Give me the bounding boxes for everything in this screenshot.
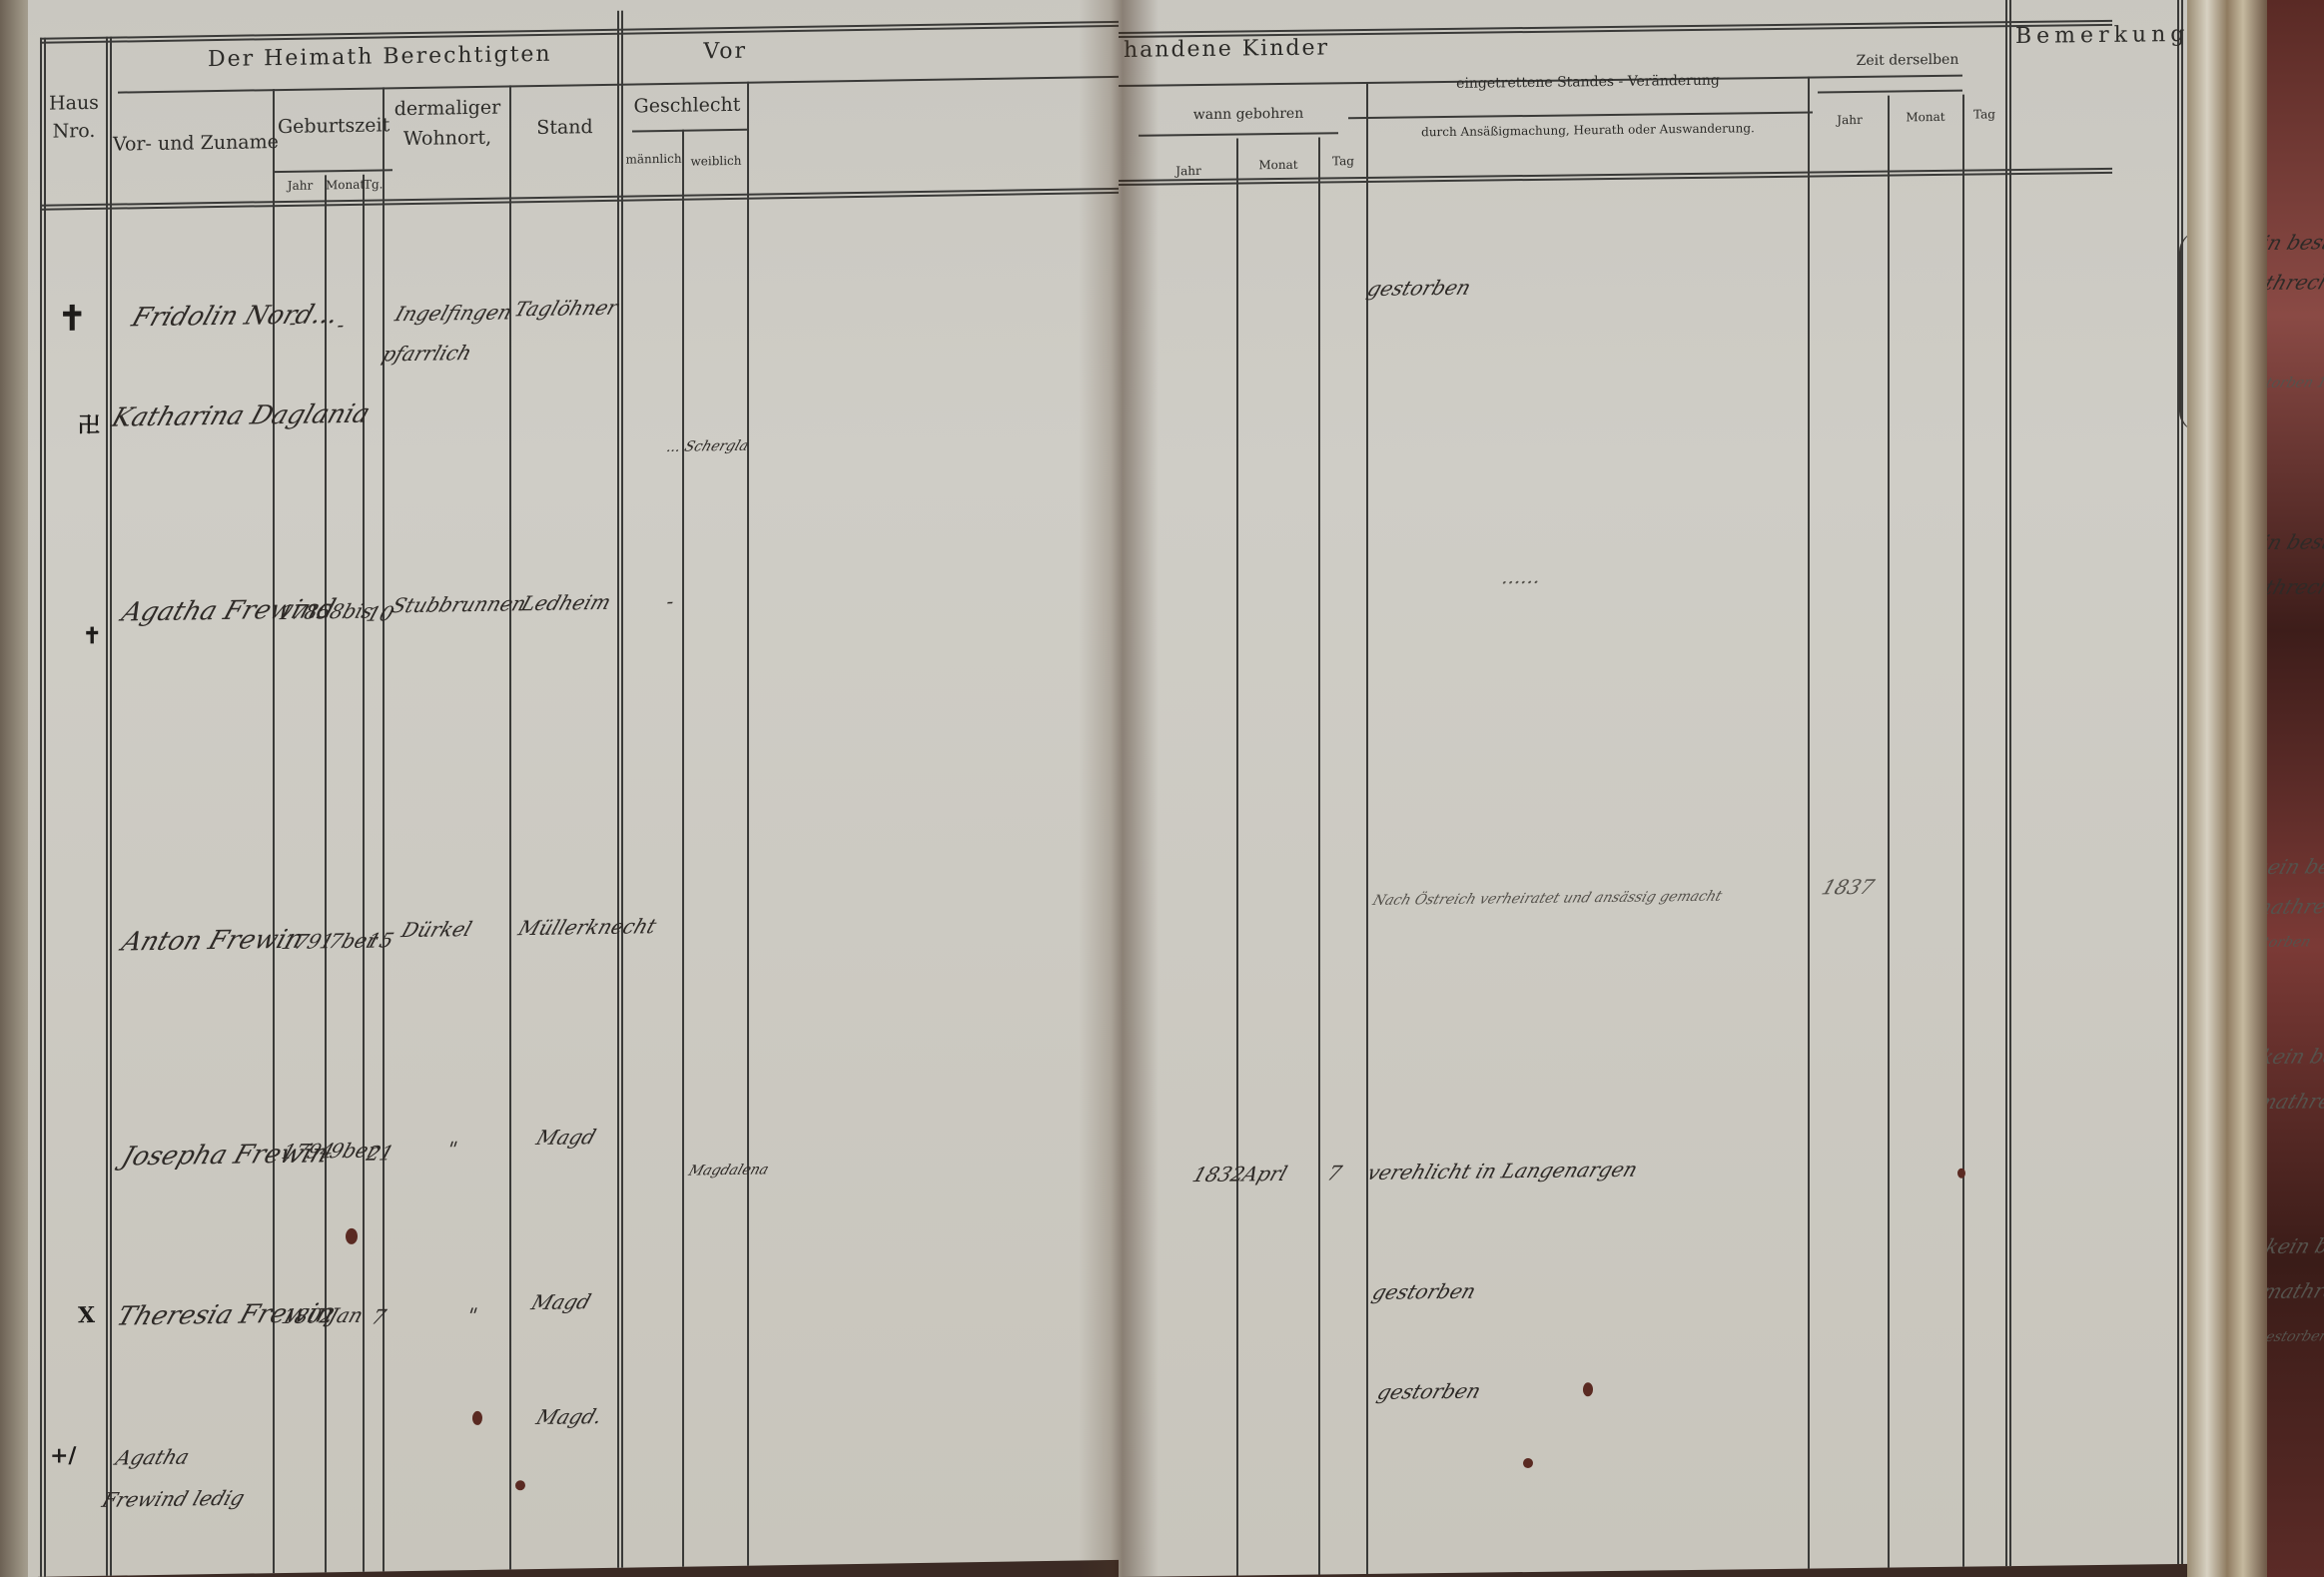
r4-veraenderung: verehlicht in Langenargen — [1364, 1158, 1641, 1184]
header-vorhandene-part1: Vor — [687, 39, 747, 65]
header-bottom-rule — [40, 188, 1127, 211]
row7-mark: +/ — [50, 1442, 76, 1468]
header-weiblich: weiblich — [685, 154, 747, 169]
ink-stain — [1583, 1382, 1593, 1396]
header-vor-und-zuname: Vor- und Zuname — [113, 131, 273, 156]
col-rule-monat — [363, 175, 365, 1572]
row6-monat: Jan — [326, 1303, 367, 1328]
row6-stand: Magd — [528, 1289, 594, 1314]
header-kind-tag: Tag — [1320, 154, 1366, 169]
row2-name: Katharina Daglania — [108, 399, 374, 433]
row4-stand: Müllerknecht — [515, 914, 659, 940]
r4-kind-tag: 7 — [1324, 1161, 1345, 1184]
row1-mark: ✝ — [58, 299, 87, 339]
col-rule-jahr — [325, 175, 327, 1572]
r6-veraenderung: gestorben — [1374, 1379, 1484, 1404]
header-kind-monat: Monat — [1238, 158, 1318, 173]
right-page-edges — [2187, 0, 2267, 1577]
col-rule-bemerkungen — [2177, 0, 2183, 1564]
geschlecht-sub-rule — [632, 129, 747, 133]
book-gutter — [1079, 0, 1159, 1577]
col-rule-haus — [106, 37, 112, 1576]
header-heimath-berechtigten: Der Heimath Berechtigten — [208, 43, 467, 72]
header-standes-veraenderung: eingetrettene Standes - Veränderung — [1373, 72, 1803, 93]
ink-stain — [515, 1480, 525, 1490]
row5-wohnort: " — [443, 1137, 460, 1161]
row3-mark: ✝ — [83, 623, 101, 649]
header-geburt-jahr: Jahr — [278, 178, 323, 193]
row3-jahr: 1785 — [276, 599, 335, 624]
r2-veraenderung: ...... — [1499, 564, 1545, 589]
col-rule-tag — [383, 87, 385, 1571]
row4-wohnort: Dürkel — [398, 917, 475, 942]
r5-veraenderung: gestorben — [1369, 1279, 1479, 1304]
header-geburt-monat: Monat — [326, 178, 363, 193]
header-zeit-tag: Tag — [1965, 107, 2003, 121]
header-haus-nro: Haus Nro. — [42, 89, 106, 146]
header-durch-ansaessigmachung: durch Ansäßigmachung, Heurath oder Auswa… — [1378, 120, 1798, 141]
r4-kind-monat: Aprl — [1239, 1162, 1290, 1186]
col-rule-kind-monat — [1318, 138, 1320, 1575]
col-rule-veraenderung — [1808, 77, 1810, 1569]
row5-stand: Magd — [533, 1125, 599, 1150]
header-geburtszeit: Geburtszeit — [278, 114, 383, 138]
header-zeit-monat: Monat — [1890, 110, 1961, 125]
col-rule-weiblich — [747, 82, 749, 1566]
row7-stand: Magd. — [533, 1404, 605, 1429]
open-register-book: Der Heimath Berechtigten Vor Haus Nro. V… — [0, 0, 2324, 1577]
row3-wohnort: Stubbrunnen — [388, 591, 529, 617]
header-zeit-jahr: Jahr — [1815, 113, 1885, 128]
row3-weiblich: - — [663, 589, 678, 613]
col-rule-kind-jahr — [1236, 139, 1238, 1576]
col-rule-zeit-tag — [2005, 0, 2011, 1566]
top-rule — [40, 21, 1127, 44]
header-bemerkungen: Bemerkungen. — [2015, 22, 2175, 49]
col-rule-maennlich — [682, 130, 684, 1567]
veraenderung-sub-rule — [1348, 112, 1813, 120]
header-geschlecht: Geschlecht — [627, 94, 747, 118]
row1-stand: Taglöhner — [511, 296, 621, 322]
col-rule-zeit-monat — [1962, 95, 1964, 1567]
header-maennlich: männlich — [625, 152, 682, 167]
ink-stain — [472, 1411, 482, 1425]
col-rule-0 — [40, 38, 46, 1577]
row5-weiblich: Magdalena — [686, 1163, 751, 1180]
ink-stain — [1957, 1169, 1965, 1179]
row3-stand: Ledheim — [518, 590, 614, 616]
left-page: Der Heimath Berechtigten Vor Haus Nro. V… — [28, 0, 1127, 1577]
r3-veraenderung: Nach Östreich verheiratet und ansässig g… — [1368, 881, 1808, 916]
row1-name: Fridolin Nord... — [128, 300, 343, 333]
row7-name: Agatha Frewind ledig — [96, 1434, 273, 1521]
row2-mark: 卍 — [78, 408, 100, 439]
col-rule-stand — [617, 11, 623, 1568]
geburtszeit-sub-rule — [273, 169, 392, 173]
ink-stain — [346, 1228, 358, 1244]
wann-sub-rule — [1139, 132, 1338, 136]
row1-wohnort: Ingelfingen pfarrlich — [377, 292, 520, 374]
row6-mark: X — [78, 1302, 95, 1328]
header-dermaliger-wohnort: dermaliger Wohnort, — [387, 92, 507, 154]
zeit-sub-rule — [1818, 90, 1962, 94]
ink-stain — [1523, 1458, 1533, 1468]
col-rule-kind-tag — [1366, 82, 1368, 1574]
header-wann-gebohren: wann gebohren — [1134, 105, 1363, 124]
header-stand: Stand — [512, 116, 617, 140]
header-zeit-derselben: Zeit derselben — [1813, 51, 2002, 69]
row6-wohnort: " — [463, 1303, 480, 1327]
row6-tag: 7 — [369, 1304, 389, 1328]
row2-weiblich: ... Schergla — [664, 438, 750, 455]
col-rule-zeit-jahr — [1888, 96, 1890, 1568]
header-geburt-tag: Tg. — [364, 177, 383, 191]
right-page: handene Kinder wann gebohren Jahr Monat … — [1119, 0, 2192, 1577]
r3-zeit-jahr: 1837 — [1819, 875, 1878, 900]
r1-veraenderung: gestorben — [1364, 276, 1474, 301]
